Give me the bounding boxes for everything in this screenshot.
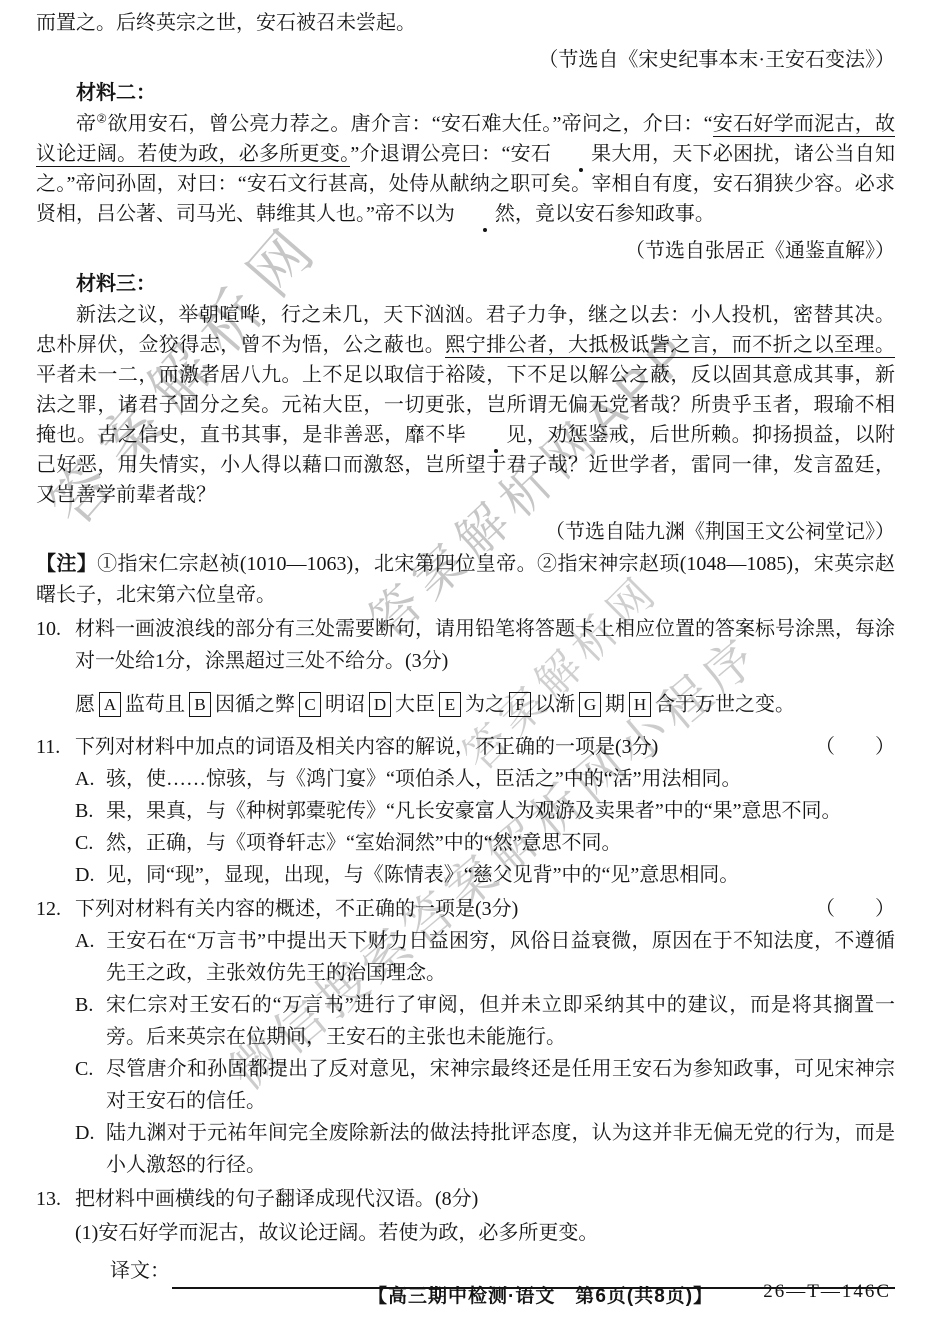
question-11-number: 11. bbox=[36, 731, 75, 763]
source-citation-1: （节选自《宋史纪事本末·王安石变法》） bbox=[36, 45, 895, 75]
option-row: D.陆九渊对于元祐年间完全废除新法的做法持批评态度，认为这并非无偏无党的行为，而… bbox=[75, 1117, 895, 1181]
footnote: 【注】①指宋仁宗赵祯(1010—1063)，北宋第四位皇帝。②指宋神宗赵顼(10… bbox=[36, 549, 895, 611]
exam-page: 答案解析网 答案解析网APP 答案解析网 微信搜索答案解析网小程序 而置之。后终… bbox=[0, 0, 929, 1321]
question-10-number: 10. bbox=[36, 613, 75, 677]
option-text: 陆九渊对于元祐年间完全废除新法的做法持批评态度，认为这并非无偏无党的行为，而是小… bbox=[106, 1117, 895, 1181]
option-text: 然，正确，与《项脊轩志》“室始洞然”中的“然”意思不同。 bbox=[106, 827, 895, 859]
underlined-text: 熙宁排公者，大抵极诋訾之言，而不折之以至理。 bbox=[445, 334, 895, 358]
emphasized-char: 见 bbox=[466, 420, 526, 450]
option-label: C. bbox=[75, 827, 106, 859]
question-12: 12. 下列对材料有关内容的概述，不正确的一项是(3分) （ ） bbox=[36, 893, 895, 925]
question-12-options: A.王安石在“万言书”中提出天下财力日益困穷，风俗日益衰微，原因在于不知法度，不… bbox=[36, 925, 895, 1181]
sentence-segment: 愿 bbox=[75, 693, 95, 715]
option-row: C.然，正确，与《项脊轩志》“室始洞然”中的“然”意思不同。 bbox=[75, 827, 895, 859]
option-label: A. bbox=[75, 763, 106, 795]
option-row: A.骇，使……惊骇，与《鸿门宴》“项伯杀人，臣活之”中的“活”用法相同。 bbox=[75, 763, 895, 795]
option-label: B. bbox=[75, 795, 106, 827]
question-10-text: 材料一画波浪线的部分有三处需要断句，请用铅笔将答题卡上相应位置的答案标号涂黑，每… bbox=[75, 613, 895, 677]
answer-letter-box: D bbox=[369, 692, 391, 717]
question-13: 13. 把材料中画横线的句子翻译成现代汉语。(8分) bbox=[36, 1183, 895, 1215]
answer-letter-box: H bbox=[629, 692, 651, 717]
heading-material2: 材料二： bbox=[36, 78, 895, 108]
sentence-segment: 为之 bbox=[465, 693, 505, 715]
option-label: A. bbox=[75, 925, 106, 989]
text-run: ② bbox=[96, 111, 107, 125]
question-11: 11. 下列对材料中加点的词语及相关内容的解说，不正确的一项是(3分) （ ） bbox=[36, 731, 895, 763]
answer-letter-box: A bbox=[99, 692, 121, 717]
question-11-answer-bracket: （ ） bbox=[809, 731, 895, 763]
option-row: B.果，果真，与《种树郭橐驼传》“凡长安豪富人为观游及卖果者”中的“果”意思不同… bbox=[75, 795, 895, 827]
sentence-segment: 合于万世之变。 bbox=[655, 693, 795, 715]
answer-letter-box: G bbox=[579, 692, 601, 717]
question-13-sub1: (1)安石好学而泥古，故议论迂阔。若使为政，必多所更变。 bbox=[36, 1217, 895, 1249]
sentence-segment: 监苟且 bbox=[125, 693, 185, 715]
text-run: ①指宋仁宗赵祯(1010—1063)，北宋第四位皇帝。②指宋神宗赵顼(1048—… bbox=[36, 553, 895, 606]
option-row: C.尽管唐介和孙固都提出了反对意见，宋神宗最终还是任用王安石为参知政事，可见宋神… bbox=[75, 1053, 895, 1117]
paragraph-material1-end: 而置之。后终英宗之世，安石被召未尝起。 bbox=[36, 8, 895, 38]
q10-punctuation-sentence: 愿A监苟且B因循之弊C明诏D大臣E为之F以渐G期H合于万世之变。 bbox=[75, 682, 895, 725]
option-label: B. bbox=[75, 989, 106, 1053]
option-row: D.见，同“现”，显现，出现，与《陈情表》“慈父见背”中的“见”意思相同。 bbox=[75, 859, 895, 891]
sentence-segment: 期 bbox=[605, 693, 625, 715]
option-row: B.宋仁宗对王安石的“万言书”进行了审阅，但并未立即采纳其中的建议，而是将其搁置… bbox=[75, 989, 895, 1053]
footer-paper-code: 26—T—146C bbox=[763, 1281, 891, 1303]
answer-letter-box: B bbox=[189, 692, 211, 717]
page-footer: 【高三期中检测·语文 第6页(共8页)】 26—T—146C bbox=[0, 1281, 929, 1311]
option-text: 王安石在“万言书”中提出天下财力日益困穷，风俗日益衰微，原因在于不知法度，不遵循… bbox=[106, 925, 895, 989]
paragraph-material2: 帝②欲用安石，曾公亮力荐之。唐介言：“安石难大任。”帝问之，介曰：“安石好学而泥… bbox=[36, 109, 895, 229]
option-text: 骇，使……惊骇，与《鸿门宴》“项伯杀人，臣活之”中的“活”用法相同。 bbox=[106, 763, 895, 795]
question-13-sentence: (1)安石好学而泥古，故议论迂阔。若使为政，必多所更变。 bbox=[75, 1217, 895, 1249]
text-run: 【注】 bbox=[36, 553, 97, 575]
question-10: 10. 材料一画波浪线的部分有三处需要断句，请用铅笔将答题卡上相应位置的答案标号… bbox=[36, 613, 895, 677]
option-label: D. bbox=[75, 859, 106, 891]
paragraph-material3: 新法之议，举朝喧哗，行之未几，天下汹汹。君子力争，继之以去：小人投机，密替其决。… bbox=[36, 300, 895, 510]
option-row: A.王安石在“万言书”中提出天下财力日益困穷，风俗日益衰微，原因在于不知法度，不… bbox=[75, 925, 895, 989]
option-label: D. bbox=[75, 1117, 106, 1181]
question-13-number: 13. bbox=[36, 1183, 75, 1215]
text-run: 帝 bbox=[76, 113, 96, 135]
heading-material3: 材料三： bbox=[36, 269, 895, 299]
sentence-segment: 大臣 bbox=[395, 693, 435, 715]
answer-letter-box: F bbox=[509, 692, 531, 717]
option-text: 果，果真，与《种树郭橐驼传》“凡长安豪富人为观游及卖果者”中的“果”意思不同。 bbox=[106, 795, 895, 827]
sentence-segment: 以渐 bbox=[535, 693, 575, 715]
question-12-stem: 下列对材料有关内容的概述，不正确的一项是(3分) bbox=[75, 893, 809, 925]
emphasized-char: 果 bbox=[551, 139, 611, 169]
question-12-number: 12. bbox=[36, 893, 75, 925]
option-text: 尽管唐介和孙固都提出了反对意见，宋神宗最终还是任用王安石为参知政事，可见宋神宗对… bbox=[106, 1053, 895, 1117]
option-label: C. bbox=[75, 1053, 106, 1117]
question-12-answer-bracket: （ ） bbox=[809, 893, 895, 925]
question-13-stem: 把材料中画横线的句子翻译成现代汉语。(8分) bbox=[75, 1183, 895, 1215]
emphasized-char: 然 bbox=[455, 199, 515, 229]
text-run: ，竟以安石参知政事。 bbox=[515, 203, 715, 225]
sentence-segment: 因循之弊 bbox=[215, 693, 295, 715]
question-11-options: A.骇，使……惊骇，与《鸿门宴》“项伯杀人，臣活之”中的“活”用法相同。B.果，… bbox=[36, 763, 895, 891]
question-11-stem: 下列对材料中加点的词语及相关内容的解说，不正确的一项是(3分) bbox=[75, 731, 809, 763]
footer-title: 【高三期中检测·语文 第6页(共8页)】 bbox=[368, 1281, 713, 1308]
option-text: 见，同“现”，显现，出现，与《陈情表》“慈父见背”中的“见”意思相同。 bbox=[106, 859, 895, 891]
answer-letter-box: C bbox=[299, 692, 321, 717]
text-run: 欲用安石，曾公亮力荐之。唐介言：“安石难大任。”帝问之，介曰：“ bbox=[107, 113, 712, 135]
source-citation-3: （节选自陆九渊《荆国王文公祠堂记》） bbox=[36, 517, 895, 547]
source-citation-2: （节选自张居正《通鉴直解》） bbox=[36, 236, 895, 266]
answer-letter-box: E bbox=[439, 692, 461, 717]
sentence-segment: 明诏 bbox=[325, 693, 365, 715]
text-run: ”介退谓公亮曰：“安石 bbox=[350, 143, 551, 165]
option-text: 宋仁宗对王安石的“万言书”进行了审阅，但并未立即采纳其中的建议，而是将其搁置一旁… bbox=[106, 989, 895, 1053]
